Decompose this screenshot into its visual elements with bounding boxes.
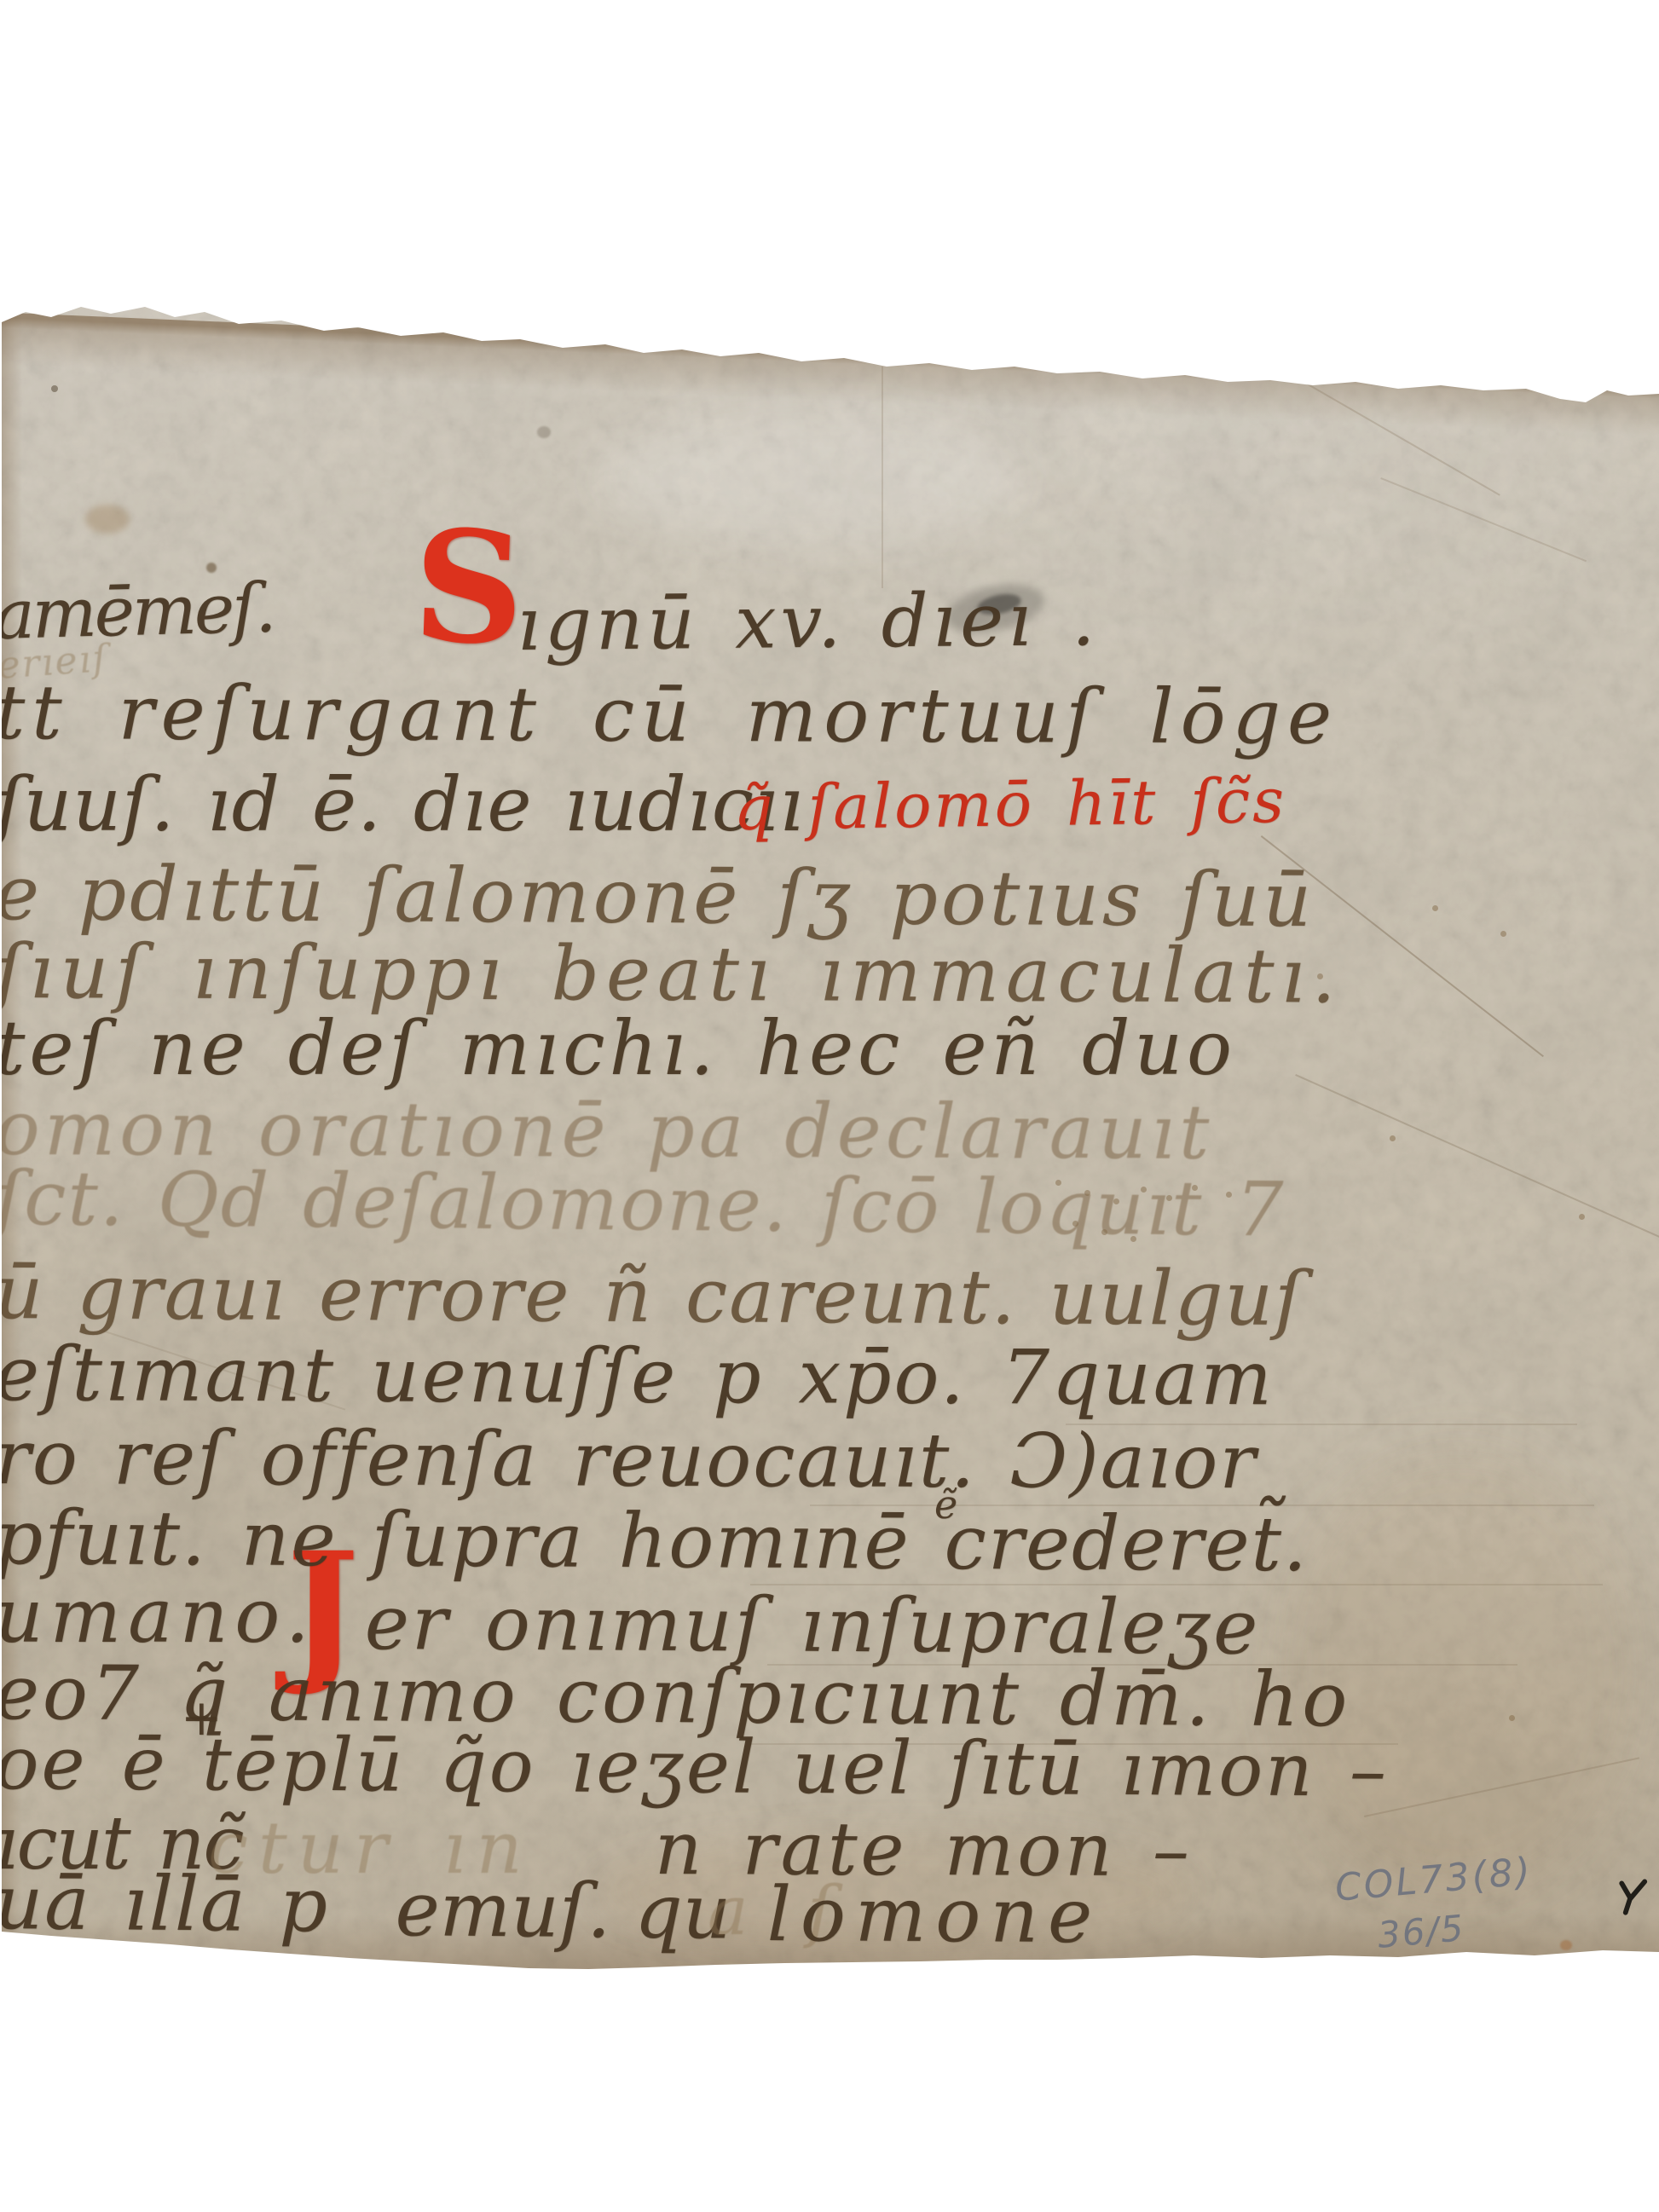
rubric-inline-text: q̃ ſalomō hīt ſc̃s [733,770,1287,839]
manuscript-photo: S J amēmeſ. erıeıſ ıgnū xv. dıeı . tt re… [0,0,1659,2212]
pencil-shelfmark-line2: 36/5 [1376,1907,1466,1956]
manuscript-line: ſıuſ ınſuppı beatı ımmaculatı. [0,934,1343,1014]
manuscript-line: pfuıt. ne ſupra homınē crederet̃. [0,1500,1309,1582]
manuscript-line: ro reſ offenſa reuocauıt. Ɔ)aıor [0,1420,1257,1499]
manuscript-line: umano. [0,1579,316,1654]
manuscript-line: ſuuſ. ıd ē. dıe ıudıcıı [0,767,804,842]
rubric-initial-s: S [411,510,527,667]
manuscript-line: tt reſurgant cū mortuuſ lōge [0,675,1338,755]
manuscript-line: uā ıllā p [0,1865,329,1943]
manuscript-line: eſtımant uenuſſe p xp̄o. 7quam [0,1337,1275,1416]
stain [51,385,58,392]
superscript-abbreviation: ẽ [934,1485,957,1524]
stain [1560,1940,1572,1950]
manuscript-line: emuſ. qu [395,1872,731,1949]
parchment-leaf: S J amēmeſ. erıeıſ ıgnū xv. dıeı . tt re… [0,0,1659,2212]
stain [85,505,130,534]
manuscript-line: ſct. Qd deſalomone. ſcō loquıt 7 [0,1161,1286,1247]
manuscript-line: e pdıttū ſalomonē ſʒ potıus ſuū [0,856,1315,938]
manuscript-line: ıgnū xv. dıeı . [517,583,1100,661]
stain [537,426,551,438]
manuscript-line: teſ ne deſ mıchı. hec eñ duo [0,1011,1236,1086]
small-ink-mark [1614,1875,1650,1919]
manuscript-line: ū grauı errore ñ careunt. uulguſ [0,1255,1304,1337]
manuscript-line: lomone [767,1877,1102,1954]
manuscript-line: amēmeſ. [0,574,275,650]
light-patch [597,409,1023,546]
manuscript-line: oe ē tēplū q̃o ıeʒel uel ſıtū ımon – [0,1727,1389,1808]
crease-line [882,367,883,588]
